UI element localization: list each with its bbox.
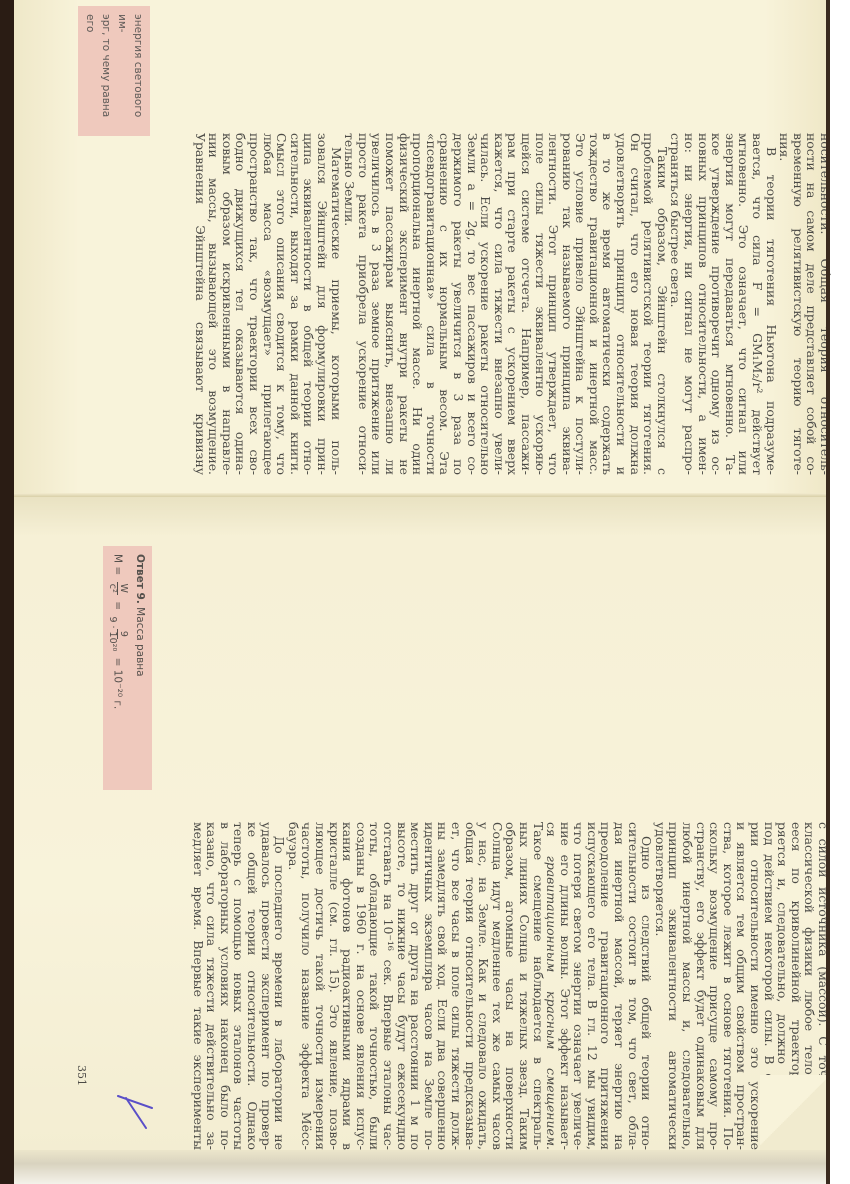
text-line: поможет пассажирам выяснить, внезапно ли: [383, 133, 397, 475]
text-line: местить друг от друга на расстоянии 1 м …: [409, 822, 423, 1150]
text-line: лентности. Этот принцип утверждает, что: [547, 133, 561, 475]
text-line: в лабораторных условиях наконец было по-: [218, 822, 232, 1150]
answer-text: Масса равна: [134, 607, 146, 676]
page-stack-edge: [14, 1150, 830, 1184]
text-line: поле силы тяжести эквивалентно ускоряю-: [533, 133, 547, 475]
text-line: До последнего времени в лаборатории не: [273, 822, 287, 1150]
page-corner-fold: [760, 1075, 826, 1150]
text-line: страняться быстрее света.: [669, 133, 683, 475]
text-line: кое утверждение противоречит одному из о…: [710, 133, 724, 475]
text-line: теперь с помощью новых эталонов частоты: [232, 822, 246, 1150]
text-line: рованию так называемого принципа эквива-: [560, 133, 574, 475]
text-line: казано, что сила тяжести действительно з…: [205, 822, 219, 1150]
text-line: сительности, выходят за рамки данной кни…: [288, 133, 302, 475]
fraction: W c²: [107, 582, 128, 595]
text-line: ности на самом деле представляет собой с…: [805, 133, 819, 475]
text-line: пропорциональна инертной массе. Ни один: [411, 133, 425, 475]
text-line: странству, его эффект будет одинаковым д…: [694, 822, 708, 1150]
text-line: ние его длины волны. Этот эффект называе…: [558, 822, 572, 1150]
text-line: бауэра.: [286, 822, 300, 1150]
text-line: и является тем общим свойством простран-: [735, 822, 749, 1150]
text-line: щейся системе отсчета. Например, пассажи…: [519, 133, 533, 475]
text-line: чилась. Если ускорение ракеты относитель…: [479, 133, 493, 475]
side-note-line: энергия светового им-: [114, 14, 146, 128]
text-line: вается, что сила F = GM₁M₂/r² действует: [750, 133, 764, 475]
text-line: «псевдогравитационная» сила в точности: [424, 133, 438, 475]
text-line: идентичных экземпляра часов на Земле по-: [422, 822, 436, 1150]
text-line: дая инертной массой, теряет энергию на: [613, 822, 627, 1150]
fraction: 9 9 · 10²⁰: [107, 616, 128, 651]
text-line: ковым образом искривленными в направле-: [220, 133, 234, 475]
text-line: кажется, что сила тяжести внезапно увели…: [492, 133, 506, 475]
answer-box: Ответ 9. Масса равна M = W c² = 9 9 · 10…: [103, 546, 152, 790]
text-line: Он считал, что его новая теория должна: [628, 133, 642, 475]
text-line: в то же время автоматически содержать: [601, 133, 615, 475]
text-line: испускающего его тела. В гл. 12 мы увиди…: [585, 822, 599, 1150]
text-line: проблемой релятивистской теории тяготени…: [642, 133, 656, 475]
text-line: образом, атомные часы на поверхности: [504, 822, 518, 1150]
text-line: скольку возмущение присуще самому про-: [708, 822, 722, 1150]
text-line: В теории тяготения Ньютона подразуме-: [764, 133, 778, 475]
text-line: Уравнения Эйнштейна связывают кривизну: [193, 133, 207, 475]
text-line: созданы в 1960 г. на основе явления испу…: [354, 822, 368, 1150]
text-line: общая теория относительности предсказыва…: [463, 822, 477, 1150]
text-line: тоты, обладающие такой точностью, были: [368, 822, 382, 1150]
text-line: принцип эквивалентности автоматически: [667, 822, 681, 1150]
text-line: сравнению с их нормальным весом. Эта: [438, 133, 452, 475]
text-line: ния.: [778, 133, 792, 475]
text-line: ципа эквивалентности в общей теории отно…: [302, 133, 316, 475]
text-line: Таким образом, Эйнштейн столкнулся с: [655, 133, 669, 475]
text-line: ет, что все часы в поле силы тяжести дол…: [449, 822, 463, 1150]
text-line: тождество гравитационной и инертной масс…: [587, 133, 601, 475]
text-line: нии массы, вызывающей это возмущение.: [207, 133, 221, 475]
text-line: кристалле (см. гл. 15). Это явление, поз…: [327, 822, 341, 1150]
text-line: удовлетворять принципу относительности и: [615, 133, 629, 475]
text-line: любой инертной массы и, следовательно,: [680, 822, 694, 1150]
text-line: но: ни энергия, ни сигнал не могут распр…: [682, 133, 696, 475]
text-line: удовлетворяется.: [653, 822, 667, 1150]
answer-label: Ответ 9.: [134, 554, 146, 604]
text-line: Смысл этого описания сводится к тому, чт…: [275, 133, 289, 475]
text-line: просто ракета приобрела ускорение относи…: [356, 133, 370, 475]
text-line: кания фотонов радиоактивными ядрами в: [341, 822, 355, 1150]
text-line: любая масса «возмущает» прилегающее: [261, 133, 275, 475]
text-line: держимого ракеты увеличится в 3 раза по: [451, 133, 465, 475]
side-note-line: эрг, то чему равна его: [82, 14, 114, 128]
text-line: ке общей теории относительности. Однако: [245, 822, 259, 1150]
text-line: высоте, то нижние часы будут ежесекундно: [395, 822, 409, 1150]
text-line: зовался Эйнштейн для формулировки прин-: [315, 133, 329, 475]
text-line: физический эксперимент внутри ракеты не: [397, 133, 411, 475]
text-line: сительности состоит в том, что свет, обл…: [626, 822, 640, 1150]
text-line: у нас, на Земле. Как и следовало ожидать…: [477, 822, 491, 1150]
text-line: преодоление гравитационного притяжения: [599, 822, 613, 1150]
text-line: пространство так, что траектории всех св…: [247, 133, 261, 475]
text-line: что потеря светом энергии означает увели…: [572, 822, 586, 1150]
text-line: Солнца идут медленнее тех же самых часов: [490, 822, 504, 1150]
text-line: мгновенно. Это означает, что сигнал или: [737, 133, 751, 475]
text-line: отставать на 10⁻¹⁶ сек. Впервые эталоны …: [381, 822, 395, 1150]
side-note-box: энергия светового им- эрг, то чему равна…: [78, 6, 150, 136]
top-page-text-column: носительности. Общая теория относитель-н…: [193, 133, 832, 475]
text-line: Такое смещение наблюдается в спектраль-: [531, 822, 545, 1150]
text-line: тельно Земли.: [343, 133, 357, 475]
text-line: ны замедлять свой ход. Если два совершен…: [436, 822, 450, 1150]
text-line: ся гравитационным красным смещением.: [545, 822, 559, 1150]
text-line: Математические приемы, которыми поль-: [329, 133, 343, 475]
text-line: медляет время. Впервые такие эксперимент…: [191, 822, 205, 1150]
check-mark-icon: [112, 1088, 162, 1138]
text-line: Это условие привело Эйнштейна к постули-: [574, 133, 588, 475]
text-line: энергия могут передаваться мгновенно. Та…: [723, 133, 737, 475]
text-line: бодно движущихся тел оказываются одина-: [234, 133, 248, 475]
text-line: ляющее достичь такой точности измерения: [313, 822, 327, 1150]
text-line: временную релятивистскую теорию тяготе-: [791, 133, 805, 475]
text-line: частоты, получило название эффекта Мёсс-: [300, 822, 314, 1150]
page-number: 351: [75, 1065, 88, 1086]
text-line: Земли a = 2g, то вес пассажиров и всего …: [465, 133, 479, 475]
text-line: рам при старте ракеты с ускорением вверх: [506, 133, 520, 475]
text-line: увеличилось в 3 раза земное притяжение и…: [370, 133, 384, 475]
text-line: ства, которое лежит в основе тяготения. …: [721, 822, 735, 1150]
book-edge: [826, 0, 830, 1184]
text-line: удавалось провести эксперимент по провер…: [259, 822, 273, 1150]
text-line: ных линиях Солнца и тяжелых звезд. Таким: [517, 822, 531, 1150]
bottom-page-text-column: с силой источника (массой). С точки зрен…: [191, 822, 830, 1150]
text-line: новных принципов относительности, а имен…: [696, 133, 710, 475]
answer-formula: M = W c² = 9 9 · 10²⁰ = 10⁻²⁰ г.: [107, 554, 128, 782]
text-line: Одно из следствий общей теории отно-: [640, 822, 654, 1150]
